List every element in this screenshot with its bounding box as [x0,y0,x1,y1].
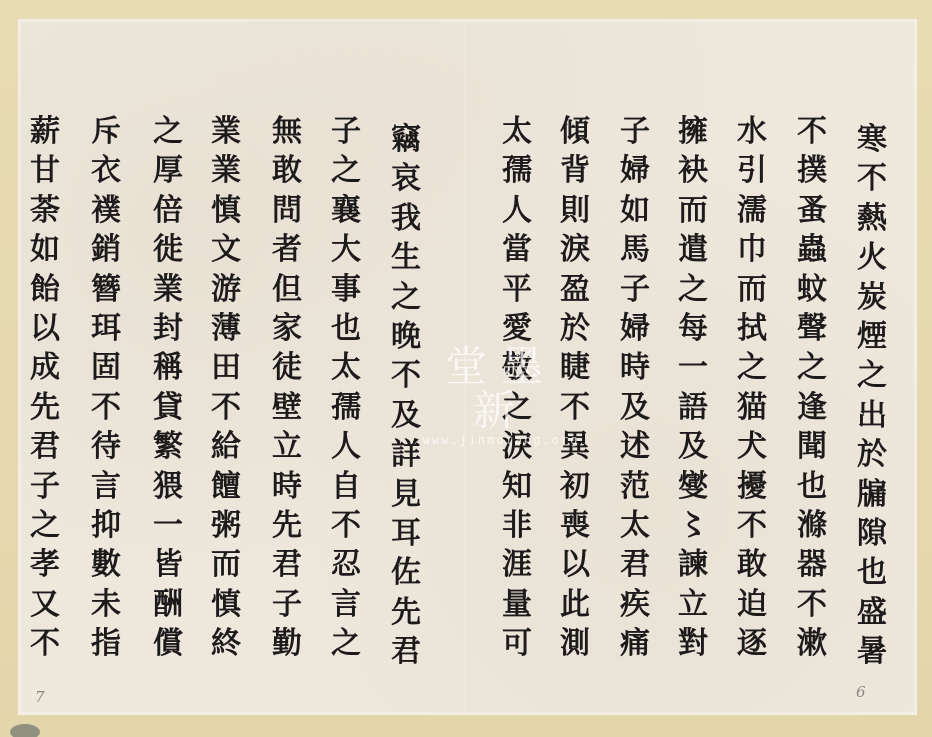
glyph: 晚 [391,317,421,356]
page-number-right: 6 [856,683,866,701]
glyph: 斥 [91,112,121,151]
album-mount: 薪甘荼如飴以成先君子之孝又不 斥衣襆銷簪珥固不待言抑數未指 之厚倍徙業封稱貸繁猥… [0,0,932,737]
corner-stain [10,724,40,737]
glyph: 薄 [211,309,241,348]
glyph: 田 [211,348,241,387]
glyph: 蚊 [797,270,827,309]
glyph: 未 [91,585,121,624]
glyph: 孝 [30,545,60,584]
glyph: 倍 [153,191,183,230]
glyph: 之 [797,348,827,387]
left-page: 薪甘荼如飴以成先君子之孝又不 斥衣襆銷簪珥固不待言抑數未指 之厚倍徙業封稱貸繁猥… [19,20,464,714]
glyph: 饘 [211,467,241,506]
glyph: 酬 [153,585,183,624]
glyph: 可 [502,624,532,663]
glyph: 忍 [331,545,361,584]
glyph: 君 [30,427,60,466]
glyph: 知 [502,467,532,506]
glyph: 婦 [620,151,650,190]
right-page: 太孺人當平愛敬之淚知非涯量可 傾背則淚盈於睫不異初喪以此測 子婦如馬子婦時及述范… [466,20,916,714]
glyph: 滌 [797,506,827,545]
glyph: 愛 [502,309,532,348]
glyph: 不 [560,388,590,427]
glyph: 犬 [737,427,767,466]
glyph: 聞 [797,427,827,466]
glyph: 子 [331,112,361,151]
glyph: 償 [153,624,183,663]
glyph: 之 [857,356,887,395]
glyph: 君 [272,545,302,584]
glyph: 蟲 [797,230,827,269]
glyph: 數 [91,545,121,584]
glyph: 馬 [620,230,650,269]
glyph: 生 [391,238,421,277]
glyph: 業 [211,112,241,151]
glyph: 盈 [560,270,590,309]
glyph: 漱 [797,624,827,663]
glyph: 也 [331,309,361,348]
glyph: 不 [797,585,827,624]
text-column: 業業慎文游薄田不給饘粥而慎終 [202,112,250,663]
glyph: 君 [391,632,421,671]
glyph: 但 [272,270,302,309]
glyph: 一 [153,506,183,545]
glyph: 出 [857,396,887,435]
glyph: 每 [678,309,708,348]
glyph: 之 [331,624,361,663]
glyph: 平 [502,270,532,309]
glyph: 人 [331,427,361,466]
glyph: 自 [331,467,361,506]
glyph: 盛 [857,593,887,632]
glyph: 睫 [560,348,590,387]
glyph: 傾 [560,112,590,151]
glyph: 抑 [91,506,121,545]
glyph: 遣 [678,230,708,269]
glyph: 立 [272,427,302,466]
paper-spread: 薪甘荼如飴以成先君子之孝又不 斥衣襆銷簪珥固不待言抑數未指 之厚倍徙業封稱貸繁猥… [19,20,916,714]
glyph: 迫 [737,585,767,624]
glyph: 逢 [797,388,827,427]
glyph: 婦 [620,309,650,348]
glyph: 壁 [272,388,302,427]
glyph: 先 [391,593,421,632]
glyph: 不 [857,159,887,198]
glyph: 淚 [502,427,532,466]
glyph: 而 [211,545,241,584]
glyph: 慎 [211,191,241,230]
glyph: 徒 [272,348,302,387]
glyph: 成 [30,348,60,387]
glyph: 及 [678,427,708,466]
glyph: 擁 [678,112,708,151]
glyph: 於 [857,435,887,474]
glyph: 袂 [678,151,708,190]
glyph: 給 [211,427,241,466]
glyph: 炭 [857,278,887,317]
glyph: 先 [272,506,302,545]
glyph: 不 [331,506,361,545]
glyph: 敢 [737,545,767,584]
glyph: 巾 [737,230,767,269]
glyph: 銷 [91,230,121,269]
glyph: 皆 [153,545,183,584]
glyph: 范 [620,467,650,506]
glyph: 襆 [91,191,121,230]
glyph: 哀 [391,159,421,198]
glyph: 飴 [30,270,60,309]
glyph: 固 [91,348,121,387]
glyph: 之 [331,151,361,190]
glyph: 語 [678,388,708,427]
glyph: 之 [30,506,60,545]
glyph: 之 [153,112,183,151]
glyph: 君 [620,545,650,584]
glyph: 慎 [211,585,241,624]
glyph: 孺 [331,388,361,427]
glyph: 當 [502,230,532,269]
glyph: 者 [272,230,302,269]
glyph: 異 [560,427,590,466]
text-column: 斥衣襆銷簪珥固不待言抑數未指 [82,112,130,663]
glyph: 勤 [272,624,302,663]
glyph: 疾 [620,585,650,624]
glyph: 待 [91,427,121,466]
glyph: 蚤 [797,191,827,230]
glyph: 子 [620,112,650,151]
glyph: 也 [797,467,827,506]
text-column: 不撲蚤蟲蚊聲之逢聞也滌器不漱 [788,112,836,663]
glyph: 粥 [211,506,241,545]
glyph: 器 [797,545,827,584]
glyph: 撲 [797,151,827,190]
glyph: 事 [331,270,361,309]
glyph: 終 [211,624,241,663]
glyph: 聲 [797,309,827,348]
glyph: 言 [331,585,361,624]
glyph: 對 [678,624,708,663]
glyph: 一 [678,348,708,387]
glyph: 問 [272,191,302,230]
glyph: 引 [737,151,767,190]
glyph: 以 [560,545,590,584]
glyph: 之 [391,278,421,317]
glyph: 此 [560,585,590,624]
text-column: 擁袂而遣之每一語及燮〻諫立對 [669,112,717,663]
glyph: 如 [620,191,650,230]
glyph: 痛 [620,624,650,663]
glyph: 業 [211,151,241,190]
glyph: 游 [211,270,241,309]
glyph: 不 [30,624,60,663]
glyph: 簪 [91,270,121,309]
glyph: 太 [331,348,361,387]
glyph: 薪 [30,112,60,151]
glyph: 太 [502,112,532,151]
glyph: 立 [678,585,708,624]
glyph: 封 [153,309,183,348]
glyph: 猫 [737,388,767,427]
glyph: 言 [91,467,121,506]
glyph: 喪 [560,506,590,545]
glyph: 以 [30,309,60,348]
page-number-left: 7 [35,688,45,706]
glyph: 背 [560,151,590,190]
glyph: 之 [737,348,767,387]
glyph: 荼 [30,191,60,230]
glyph: 敢 [272,151,302,190]
glyph: 時 [620,348,650,387]
glyph: 時 [272,467,302,506]
text-column: 竊哀我生之晚不及詳見耳佐先君 [382,120,430,671]
glyph: 逐 [737,624,767,663]
glyph: 見 [391,475,421,514]
text-column: 寒不爇火炭煙之出於牖隙也盛暑 [848,120,896,671]
text-column: 子婦如馬子婦時及述范太君疾痛 [611,112,659,663]
glyph: 濡 [737,191,767,230]
glyph: 也 [857,553,887,592]
glyph: 子 [272,585,302,624]
glyph: 指 [91,624,121,663]
glyph: 珥 [91,309,121,348]
text-column: 薪甘荼如飴以成先君子之孝又不 [21,112,69,663]
glyph: 徙 [153,230,183,269]
glyph: 及 [620,388,650,427]
glyph: 大 [331,230,361,269]
glyph: 衣 [91,151,121,190]
glyph: 淚 [560,230,590,269]
glyph: 耳 [391,514,421,553]
glyph: 子 [30,467,60,506]
glyph: 燮 [678,467,708,506]
glyph: 貸 [153,388,183,427]
text-column: 水引濡巾而拭之猫犬擾不敢迫逐 [728,112,776,663]
glyph: 又 [30,585,60,624]
glyph: 竊 [391,120,421,159]
glyph: 人 [502,191,532,230]
glyph: 於 [560,309,590,348]
glyph: 隙 [857,514,887,553]
glyph: 家 [272,309,302,348]
glyph: 涯 [502,545,532,584]
glyph: 牖 [857,475,887,514]
glyph: 及 [391,396,421,435]
glyph: 擾 [737,467,767,506]
glyph: 而 [737,270,767,309]
glyph: 文 [211,230,241,269]
glyph: 敬 [502,348,532,387]
glyph: 無 [272,112,302,151]
text-column: 子之襄大事也太孺人自不忍言之 [322,112,370,663]
text-column: 之厚倍徙業封稱貸繁猥一皆酬償 [144,112,192,663]
glyph: 初 [560,467,590,506]
glyph: 拭 [737,309,767,348]
glyph: 爇 [857,199,887,238]
glyph: 稱 [153,348,183,387]
glyph: 寒 [857,120,887,159]
glyph: 厚 [153,151,183,190]
text-column: 太孺人當平愛敬之淚知非涯量可 [493,112,541,663]
text-column: 無敢問者但家徒壁立時先君子勤 [263,112,311,663]
glyph: 不 [211,388,241,427]
glyph: 而 [678,191,708,230]
glyph: 不 [737,506,767,545]
glyph: 煙 [857,317,887,356]
glyph: 甘 [30,151,60,190]
glyph: 不 [391,356,421,395]
text-column: 傾背則淚盈於睫不異初喪以此測 [551,112,599,663]
glyph: 火 [857,238,887,277]
glyph: 述 [620,427,650,466]
glyph: 詳 [391,435,421,474]
glyph: 非 [502,506,532,545]
glyph: 襄 [331,191,361,230]
glyph: 不 [797,112,827,151]
glyph: 量 [502,585,532,624]
glyph: 〻 [678,506,708,545]
glyph: 水 [737,112,767,151]
glyph: 之 [678,270,708,309]
glyph: 業 [153,270,183,309]
glyph: 諫 [678,545,708,584]
glyph: 則 [560,191,590,230]
glyph: 測 [560,624,590,663]
glyph: 暑 [857,632,887,671]
glyph: 子 [620,270,650,309]
glyph: 佐 [391,553,421,592]
glyph: 孺 [502,151,532,190]
glyph: 如 [30,230,60,269]
glyph: 之 [502,388,532,427]
glyph: 繁 [153,427,183,466]
glyph: 猥 [153,467,183,506]
glyph: 不 [91,388,121,427]
glyph: 先 [30,388,60,427]
glyph: 太 [620,506,650,545]
glyph: 我 [391,199,421,238]
